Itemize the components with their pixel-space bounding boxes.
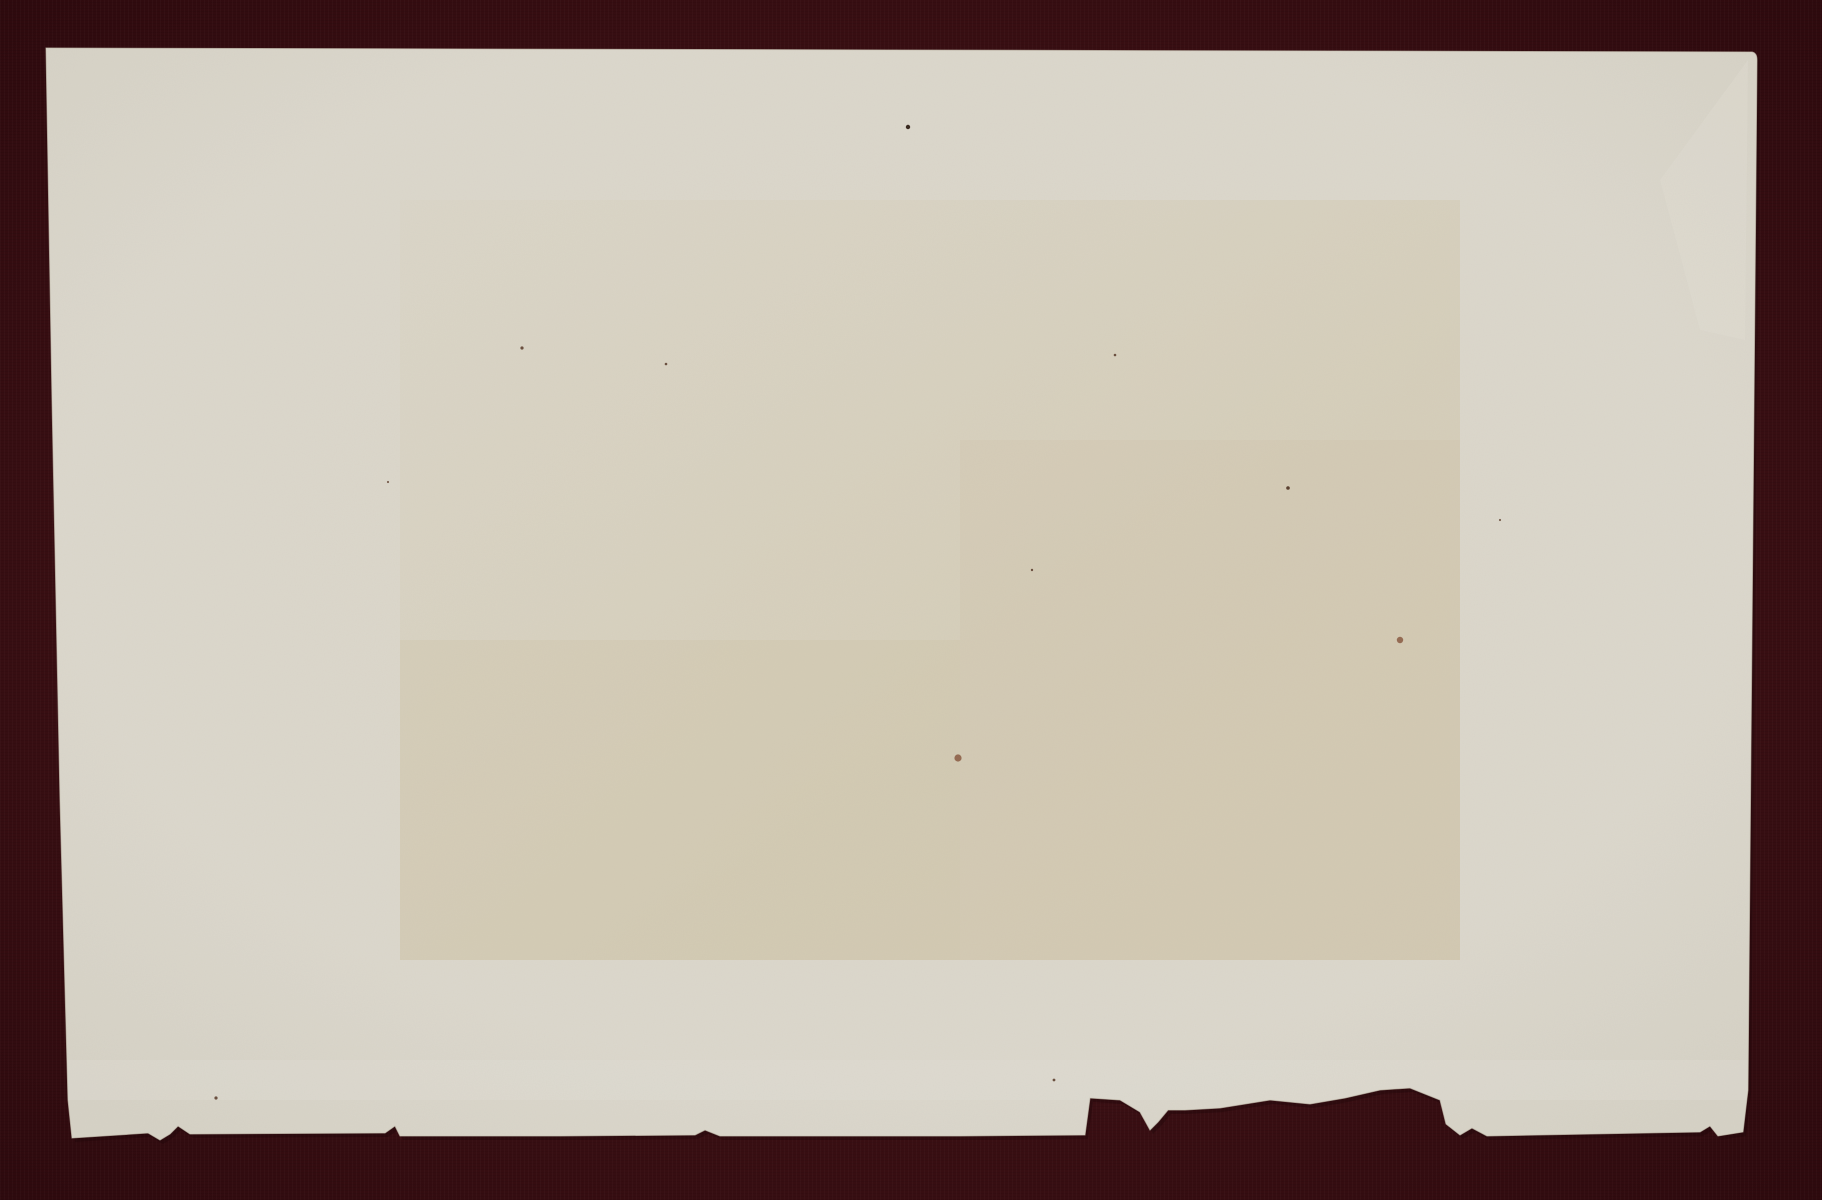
spot [906, 125, 910, 129]
paper-sheet [0, 0, 1822, 1200]
velvet-background [0, 0, 1822, 1200]
